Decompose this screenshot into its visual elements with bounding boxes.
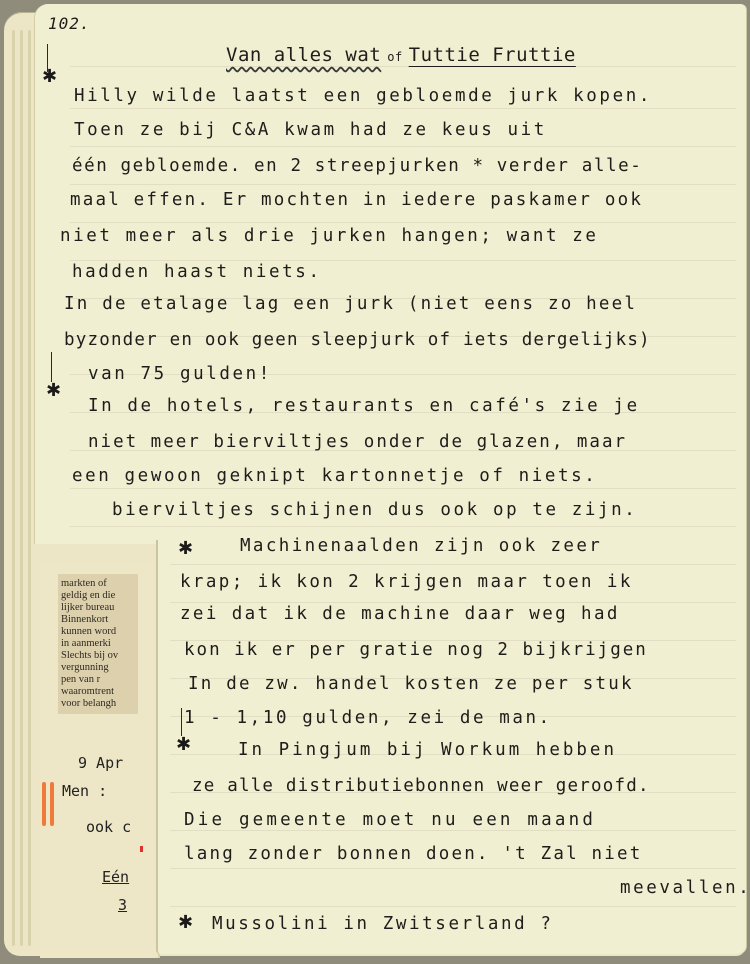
clipping-line: Slechts bij ov (61, 650, 135, 662)
ruled-line (170, 830, 736, 831)
clipping-line: vergunning (61, 662, 135, 674)
diary-line: meevallen. (620, 878, 750, 898)
diary-line: krap; ik kon 2 krijgen maar toen ik (180, 572, 633, 592)
diary-line: zei dat ik de machine daar weg had (180, 604, 620, 624)
diary-line: niet meer als drie jurken hangen; want z… (60, 226, 599, 246)
diary-line: byzonder en ook geen sleepjurk of iets d… (64, 330, 651, 350)
page-edge (12, 30, 15, 946)
diary-line: Mussolini in Zwitserland ? (212, 914, 554, 934)
ruled-line (70, 66, 736, 67)
diary-line: een gewoon geknipt kartonnetje of niets. (72, 466, 597, 486)
diary-line: Die gemeente moet nu een maand (184, 810, 596, 830)
ruled-line (170, 564, 736, 565)
diary-line: In Pingjum bij Workum hebben (238, 740, 617, 760)
title-separator: of (387, 50, 402, 64)
page-edge (20, 30, 23, 946)
newspaper-clipping: markten of geldig en die lijker bureau B… (58, 574, 138, 714)
diary-line: Hilly wilde laatst een gebloemde jurk ko… (74, 86, 652, 106)
clipping-line: kunnen word (61, 626, 135, 638)
date-fragment: 9 Apr (78, 754, 123, 772)
diary-line: In de hotels, restaurants en café's zie … (88, 396, 640, 416)
ruled-line (170, 868, 736, 869)
page-number: 102. (48, 14, 91, 33)
text-fragment: Men : (62, 782, 107, 800)
diary-line: ze alle distributiebonnen weer geroofd. (192, 776, 650, 796)
diary-line: Machinenaalden zijn ook zeer (240, 536, 602, 556)
ruled-line (70, 260, 736, 261)
ruled-line (70, 184, 736, 185)
clipping-line: waaromtrent (61, 686, 135, 698)
underlying-page: markten of geldig en die lijker bureau B… (40, 562, 160, 958)
diary-line: van 75 gulden! (88, 364, 272, 384)
diary-line: kon ik er per gratie nog 2 bijkrijgen (184, 640, 648, 660)
orange-margin-mark (50, 782, 54, 826)
diary-line: lang zonder bonnen doen. 't Zal niet (184, 844, 643, 864)
diary-line: Toen ze bij C&A kwam had ze keus uit (74, 120, 547, 140)
diary-line: bierviltjes schijnen dus ook op te zijn. (112, 500, 637, 520)
diary-line: 1 - 1,10 gulden, zei de man. (184, 708, 552, 728)
clipping-line: lijker bureau (61, 602, 135, 614)
ruled-line (70, 108, 736, 109)
diary-line: één gebloemde. en 2 streepjurken * verde… (72, 156, 642, 176)
ruled-line (70, 526, 736, 527)
ruled-line (170, 906, 736, 907)
clipping-line: in aanmerki (61, 638, 135, 650)
title-part-2: Tuttie Fruttie (409, 44, 576, 66)
title-part-1: Van alles wat (226, 44, 381, 66)
ruled-line (170, 602, 736, 603)
ruled-line (70, 146, 736, 147)
text-fragment: Eén (102, 868, 129, 886)
diary-line: niet meer bierviltjes onder de glazen, m… (88, 432, 627, 452)
diary-line: hadden haast niets. (72, 262, 322, 282)
text-fragment: ook c (86, 818, 131, 836)
clipping-line: markten of (61, 578, 135, 590)
orange-margin-mark (42, 782, 46, 826)
red-dot (140, 846, 143, 852)
ruled-line (70, 222, 736, 223)
diary-line: In de zw. handel kosten ze per stuk (188, 674, 634, 694)
clipping-line: Binnenkort (61, 614, 135, 626)
ruled-line (70, 488, 736, 489)
text-fragment: 3 (118, 896, 127, 914)
diary-line: maal effen. Er mochten in iedere paskame… (70, 190, 643, 210)
diary-line: In de etalage lag een jurk (niet eens zo… (64, 294, 637, 314)
clipping-line: voor belangh (61, 698, 135, 710)
clipping-line: pen van r (61, 674, 135, 686)
page-edge (28, 30, 31, 946)
clipping-line: geldig en die (61, 590, 135, 602)
page-title: Van alles watofTuttie Fruttie (226, 44, 576, 66)
